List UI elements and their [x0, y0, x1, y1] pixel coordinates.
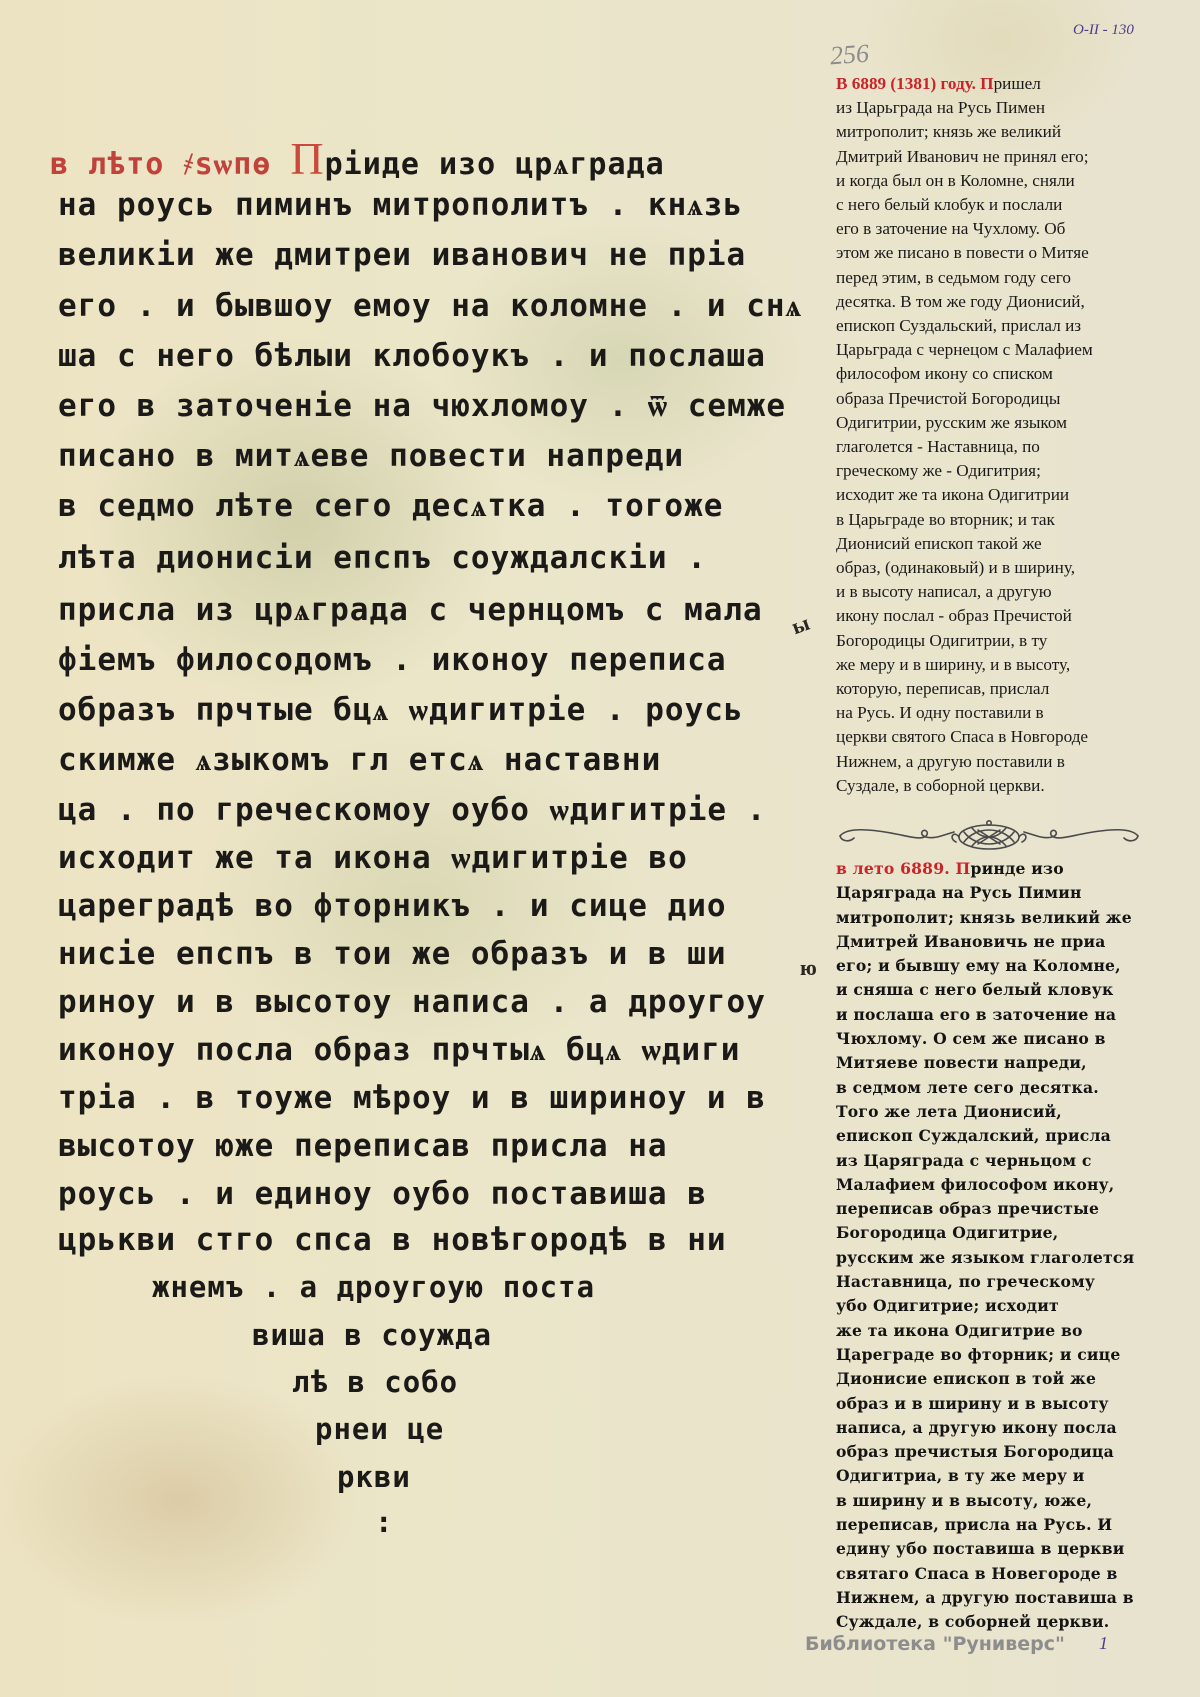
old-russian-line: в седмом лете сего десятка. — [836, 1076, 1196, 1100]
old-russian-line: Нижнем, а другую поставиша в — [836, 1586, 1196, 1610]
old-russian-line: Того же лета Дионисий, — [836, 1100, 1196, 1124]
old-russian-text: в лето 6889. Принде изо Царяграда на Рус… — [836, 857, 1196, 1635]
manuscript-scan: в лѣто ҂ѕѡпѳ Прiиде изо црѧграда на роус… — [0, 0, 830, 1697]
old-russian-line: епископ Суждалский, присла — [836, 1124, 1196, 1148]
old-russian-line: же та икона Одигитрие во — [836, 1319, 1196, 1343]
old-russian-line: написа, а другую икону посла — [836, 1416, 1196, 1440]
translation-line: глаголется - Наставница, по — [836, 435, 1196, 459]
old-russian-line: переписав, присла на Русь. И — [836, 1513, 1196, 1537]
manuscript-line: образъ прчтые бцѧ ѡдигитрiе . роусь — [58, 692, 744, 728]
page-number: 1 — [1099, 1633, 1108, 1654]
translation-line: же меру и в ширину, и в высоту, — [836, 653, 1196, 677]
translation-line: которую, переписав, прислал — [836, 677, 1196, 701]
old-russian-line: Цареграде во фторник; и сице — [836, 1343, 1196, 1367]
old-russian-line: убо Одигитрие; исходит — [836, 1294, 1196, 1318]
manuscript-line: нисiе епспъ в тои же образъ и в ши — [58, 936, 727, 972]
translation-line: его в заточение на Чухлому. Об — [836, 217, 1196, 241]
translation-line: церкви святого Спаса в Новгороде — [836, 725, 1196, 749]
manuscript-line: исходит же та икона ѡдигитрiе во — [58, 840, 688, 876]
manuscript-margin-mark: ы — [788, 610, 813, 640]
manuscript-line: жнемъ . а дроугоую поста — [152, 1270, 595, 1304]
manuscript-line: на роусь пиминъ митрополитъ . кнѧзь — [58, 187, 743, 223]
manuscript-line: высотоу юже переписав присла на — [58, 1128, 668, 1164]
translation-line: В 6889 (1381) году. Пришел — [836, 72, 1196, 96]
translation-line: епископ Суздальский, прислал из — [836, 314, 1196, 338]
old-russian-lead: в лето 6889. П — [836, 859, 970, 878]
manuscript-line: лѣ в собо — [292, 1365, 458, 1399]
manuscript-line: ца . по греческомоу оубо ѡдигитрiе . — [58, 792, 766, 828]
old-russian-line: переписав образ пречистые — [836, 1197, 1196, 1221]
translation-line: десятка. В том же году Дионисий, — [836, 290, 1196, 314]
manuscript-line: трiа . в тоуже мѣроу и в шириноу и в — [58, 1080, 766, 1116]
translation-line: и в высоту написал, а другую — [836, 580, 1196, 604]
manuscript-line: в седмо лѣте сего десѧтка . тогоже — [58, 488, 723, 524]
old-russian-line: святаго Спаса в Новегороде в — [836, 1562, 1196, 1586]
old-russian-line: Дионисие епископ в той же — [836, 1367, 1196, 1391]
manuscript-line: риноу и в высотоу написа . а дроугоу — [58, 984, 766, 1020]
manuscript-red-initial: П — [290, 133, 324, 184]
translation-line: перед этим, в седьмом году сего — [836, 266, 1196, 290]
old-russian-line: едину убо поставиша в церкви — [836, 1537, 1196, 1561]
translation-line: этом же писано в повести о Митяе — [836, 241, 1196, 265]
manuscript-line: фiемъ филосодомъ . иконоу переписа — [58, 642, 727, 678]
translation-lead: В 6889 (1381) году. П — [836, 74, 994, 93]
old-russian-line: Чюхлому. О сем же писано в — [836, 1027, 1196, 1051]
old-russian-line: русским же языком глаголется — [836, 1246, 1196, 1270]
manuscript-line: его . и бывшоу емоу на коломне . и снѧ — [58, 288, 802, 324]
manuscript-line: ша с него бѣлыи клобоукъ . и послаша — [58, 338, 766, 374]
translation-line: исходит же та икона Одигитрии — [836, 483, 1196, 507]
translation-line: Нижнем, а другую поставили в — [836, 750, 1196, 774]
manuscript-line: : — [375, 1505, 393, 1539]
manuscript-line-text: рiиде изо црѧграда — [325, 147, 665, 182]
old-russian-line: из Царяграда с черньцом с — [836, 1149, 1196, 1173]
manuscript-line: присла из црѧграда с чернцомъ с мала — [58, 592, 763, 628]
manuscript-line: великiи же дмитреи иванович не прiа — [58, 237, 746, 273]
old-russian-line: Суждале, в соборней церкви. — [836, 1610, 1196, 1634]
translation-line: в Царьграде во вторник; и так — [836, 508, 1196, 532]
manuscript-line: писано в митѧеве повести напреди — [58, 438, 684, 474]
translation-line: Дионисий епископ такой же — [836, 532, 1196, 556]
old-russian-line: и сняша с него белый кловук — [836, 978, 1196, 1002]
translation-line: с него белый клобук и послали — [836, 193, 1196, 217]
old-russian-line: образ пречистыя Богородица — [836, 1440, 1196, 1464]
library-credit: Библиотека "Руниверс" — [805, 1633, 1065, 1655]
modern-translation: В 6889 (1381) году. Пришел из Царьграда … — [836, 72, 1196, 798]
manuscript-line: его в заточенiе на чюхломоу . ѿ семже — [58, 388, 786, 424]
manuscript-line: виша в соужда — [252, 1318, 492, 1352]
translation-line: из Царьграда на Русь Пимен — [836, 96, 1196, 120]
translation-line: икону послал - образ Пречистой — [836, 604, 1196, 628]
manuscript-line: в лѣто ҂ѕѡпѳ Прiиде изо црѧграда — [50, 132, 665, 185]
translation-line: Дмитрий Иванович не принял его; — [836, 145, 1196, 169]
page-code: O-II - 130 — [1073, 22, 1134, 39]
translation-line: Одигитрии, русским же языком — [836, 411, 1196, 435]
manuscript-rubric-date: в лѣто ҂ѕѡпѳ — [50, 147, 271, 182]
translation-line: образ, (одинаковый) и в ширину, — [836, 556, 1196, 580]
old-russian-line: Наставница, по греческому — [836, 1270, 1196, 1294]
manuscript-line: црькви стго спса в новѣгородѣ в ни — [58, 1222, 727, 1258]
old-russian-line: Митяеве повести напреди, — [836, 1051, 1196, 1075]
manuscript-line: скимже ѧзыкомъ гл етсѧ наставни — [58, 742, 661, 778]
translation-line: греческому же - Одигитрия; — [836, 459, 1196, 483]
old-russian-line: Богородица Одигитрие, — [836, 1221, 1196, 1245]
translation-line: и когда был он в Коломне, сняли — [836, 169, 1196, 193]
manuscript-line: лѣта дионисiи епспъ соуждалскiи . — [58, 540, 707, 576]
old-russian-line: в лето 6889. Принде изо — [836, 857, 1196, 881]
translation-line: Богородицы Одигитрии, в ту — [836, 629, 1196, 653]
manuscript-line: иконоу посла образ прчтыѧ бцѧ ѡдиги — [58, 1032, 740, 1068]
old-russian-line: его; и бывшу ему на Коломне, — [836, 954, 1196, 978]
manuscript-line: ркви — [337, 1460, 411, 1494]
old-russian-line: Царяграда на Русь Пимин — [836, 881, 1196, 905]
old-russian-line: в ширину и в высоту, юже, — [836, 1489, 1196, 1513]
old-russian-line: и послаша его в заточение на — [836, 1003, 1196, 1027]
old-russian-line: образ и в ширину и в высоту — [836, 1392, 1196, 1416]
translation-line: философом икону со списком — [836, 362, 1196, 386]
old-russian-line: Дмитрей Ивановичь не приа — [836, 930, 1196, 954]
old-russian-line: Малафием философом икону, — [836, 1173, 1196, 1197]
old-russian-line: Одигитриа, в ту же меру и — [836, 1464, 1196, 1488]
translation-line: Суздале, в соборной церкви. — [836, 774, 1196, 798]
translation-line: на Русь. И одну поставили в — [836, 701, 1196, 725]
manuscript-line: рнеи це — [315, 1412, 444, 1446]
translation-line: митрополит; князь же великий — [836, 120, 1196, 144]
manuscript-line: цареградѣ во фторникъ . и сице дио — [58, 888, 727, 924]
ornament-divider-icon — [836, 818, 1142, 854]
manuscript-line: роусь . и единоу оубо поставиша в — [58, 1176, 707, 1212]
folio-number: 256 — [829, 39, 870, 72]
manuscript-margin-mark: ю — [800, 955, 817, 981]
old-russian-line: митрополит; князь великий же — [836, 906, 1196, 930]
translation-line: Царьграда с чернецом с Малафием — [836, 338, 1196, 362]
translation-line: образа Пречистой Богородицы — [836, 387, 1196, 411]
